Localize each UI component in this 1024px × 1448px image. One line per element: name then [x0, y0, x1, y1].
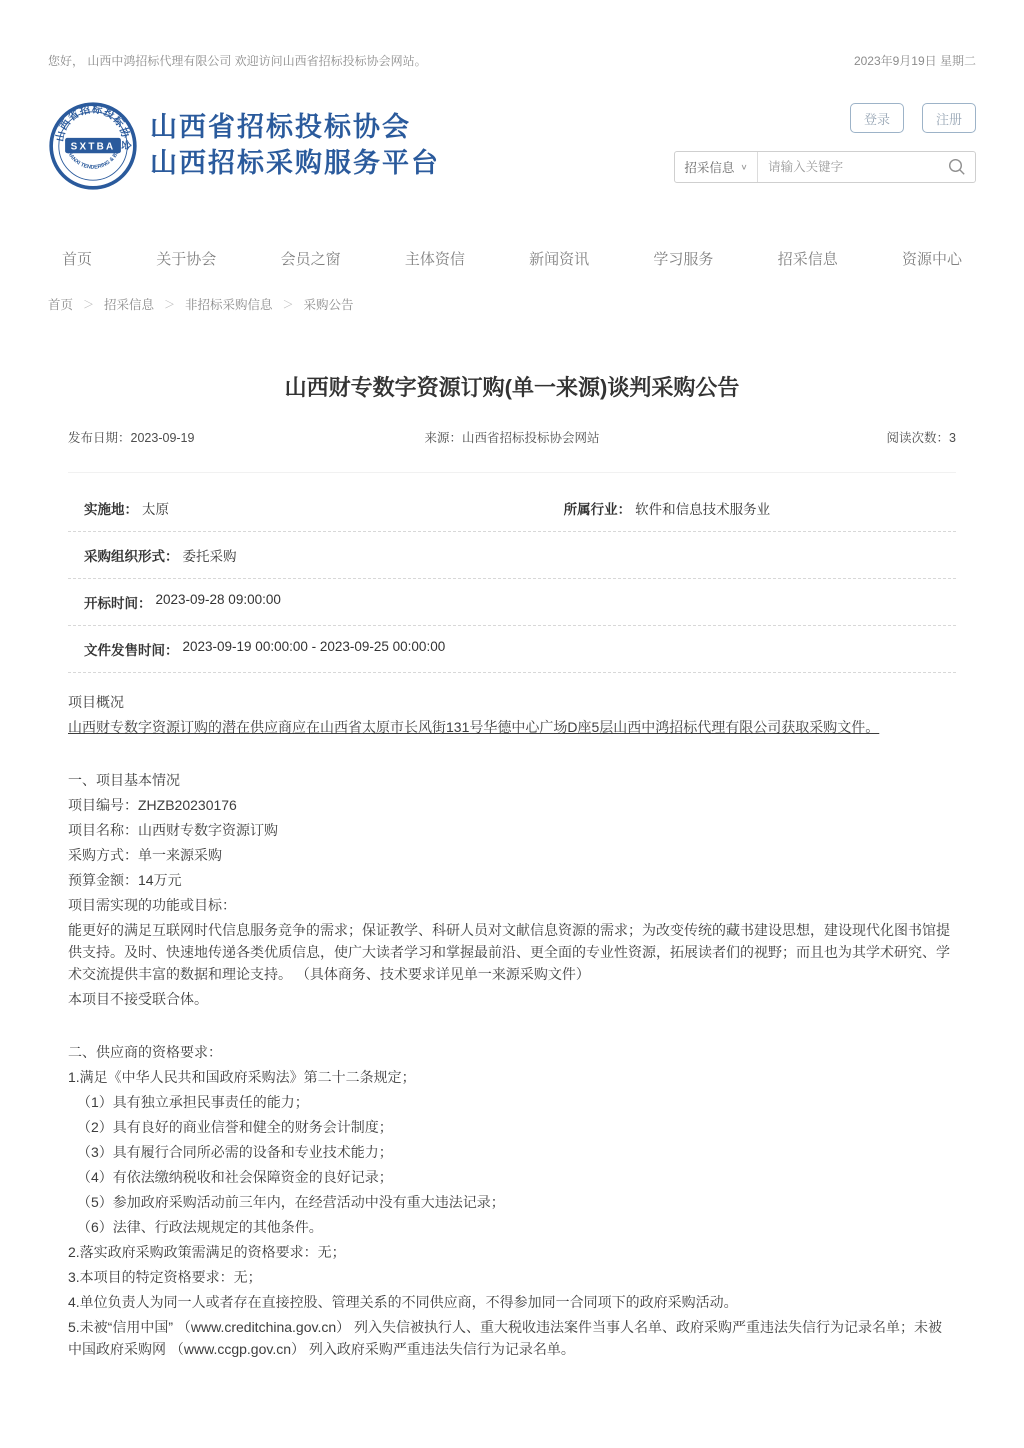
paragraph-req-1-4: （4）有依法缴纳税收和社会保障资金的良好记录； [68, 1166, 956, 1188]
login-button[interactable]: 登录 [850, 103, 904, 133]
breadcrumb-separator-icon: ＞ [83, 296, 94, 312]
paragraph-procurement-method: 采购方式：单一来源采购 [68, 844, 956, 866]
paragraph-req-5: 5.未被“信用中国” （www.creditchina.gov.cn） 列入失信… [68, 1316, 956, 1360]
paragraph-req-1-6: （6）法律、行政法规规定的其他条件。 [68, 1216, 956, 1238]
search-input[interactable] [758, 160, 939, 174]
paragraph-goals-heading: 项目需实现的功能或目标： [68, 894, 956, 916]
breadcrumb-announcement[interactable]: 采购公告 [304, 295, 354, 313]
breadcrumb-separator-icon: ＞ [164, 296, 175, 312]
paragraph-goals-body: 能更好的满足互联网时代信息服务竞争的需求；保证教学、科研人员对文献信息资源的需求… [68, 919, 956, 985]
paragraph-req-1-2: （2）具有良好的商业信誉和健全的财务会计制度； [68, 1116, 956, 1138]
topbar: 您好， 山西中鸿招标代理有限公司 欢迎访问山西省招标投标协会网站。 2023年9… [48, 0, 976, 69]
breadcrumb: 首页 ＞ 招采信息 ＞ 非招标采购信息 ＞ 采购公告 [48, 295, 976, 313]
info-row-location: 实施地： 太原 所属行业： 软件和信息技术服务业 [68, 485, 956, 532]
brand-line-2: 山西招标采购服务平台 [150, 146, 440, 182]
paragraph-req-1-3: （3）具有履行合同所必需的设备和专业技术能力； [68, 1141, 956, 1163]
info-row-open-time: 开标时间： 2023-09-28 09:00:00 [68, 579, 956, 626]
site-header: 山西省招标投标协会 SXTBA SHANXI TENDERING & BIDDI… [48, 101, 976, 209]
article-meta: 发布日期：2023-09-19 来源：山西省招标投标协会网站 阅读次数：3 [68, 428, 956, 446]
paragraph-no-consortium: 本项目不接受联合体。 [68, 988, 956, 1010]
auth-buttons: 登录 注册 [850, 103, 976, 133]
nav-item-procurement-info[interactable]: 招采信息 [778, 248, 838, 269]
paragraph-req-3: 3.本项目的特定资格要求：无； [68, 1266, 956, 1288]
nav-item-home[interactable]: 首页 [62, 248, 92, 269]
current-date: 2023年9月19日 星期二 [854, 52, 976, 69]
info-row-org-form: 采购组织形式： 委托采购 [68, 532, 956, 579]
article-source: 来源：山西省招标投标协会网站 [329, 428, 695, 446]
breadcrumb-separator-icon: ＞ [283, 296, 294, 312]
nav-item-credit[interactable]: 主体资信 [405, 248, 465, 269]
svg-text:SXTBA: SXTBA [71, 142, 116, 153]
paragraph-project-name: 项目名称：山西财专数字资源订购 [68, 819, 956, 841]
welcome-text: 您好， 山西中鸿招标代理有限公司 欢迎访问山西省招标投标协会网站。 [48, 52, 427, 69]
view-count: 阅读次数：3 [695, 428, 956, 446]
nav-item-learning[interactable]: 学习服务 [653, 248, 713, 269]
breadcrumb-procurement-info[interactable]: 招采信息 [104, 295, 154, 313]
article: 山西财专数字资源订购(单一来源)谈判采购公告 发布日期：2023-09-19 来… [48, 371, 976, 1360]
section-1-heading: 一、项目基本情况 [68, 769, 956, 791]
meta-divider [68, 472, 956, 473]
paragraph-budget: 预算金额：14万元 [68, 869, 956, 891]
search-icon [947, 157, 967, 177]
paragraph-req-2: 2.落实政府采购政策需满足的资格要求：无； [68, 1241, 956, 1263]
paragraph-req-1-1: （1）具有独立承担民事责任的能力； [68, 1091, 956, 1113]
paragraph-req-1-5: （5）参加政府采购活动前三年内，在经营活动中没有重大违法记录； [68, 1191, 956, 1213]
search-category-select[interactable]: 招采信息 ∨ [675, 152, 758, 182]
brand-title: 山西省招标投标协会 山西招标采购服务平台 [150, 110, 440, 181]
breadcrumb-nonbid-info[interactable]: 非招标采购信息 [185, 295, 273, 313]
paragraph-overview: 山西财专数字资源订购的潜在供应商应在山西省太原市长风街131号华德中心广场D座5… [68, 716, 956, 738]
publish-date: 发布日期：2023-09-19 [68, 428, 329, 446]
nav-item-news[interactable]: 新闻资讯 [529, 248, 589, 269]
info-table: 实施地： 太原 所属行业： 软件和信息技术服务业 采购组织形式： 委托采购 开标… [68, 485, 956, 673]
article-body: 项目概况 山西财专数字资源订购的潜在供应商应在山西省太原市长风街131号华德中心… [68, 691, 956, 1360]
association-seal-icon: 山西省招标投标协会 SXTBA SHANXI TENDERING & BIDDI… [48, 101, 138, 191]
breadcrumb-home[interactable]: 首页 [48, 295, 73, 313]
paragraph-overview-heading: 项目概况 [68, 691, 956, 713]
paragraph-project-number: 项目编号：ZHZB20230176 [68, 794, 956, 816]
paragraph-req-4: 4.单位负责人为同一人或者存在直接控股、管理关系的不同供应商，不得参加同一合同项… [68, 1291, 956, 1313]
nav-item-members[interactable]: 会员之窗 [281, 248, 341, 269]
brand-line-1: 山西省招标投标协会 [150, 110, 440, 146]
search-category-label: 招采信息 [684, 158, 734, 176]
main-nav: 首页 关于协会 会员之窗 主体资信 新闻资讯 学习服务 招采信息 资源中心 [48, 239, 976, 277]
nav-item-about[interactable]: 关于协会 [156, 248, 216, 269]
search-submit-button[interactable] [939, 152, 975, 182]
section-2-heading: 二、供应商的资格要求： [68, 1041, 956, 1063]
paragraph-req-1: 1.满足《中华人民共和国政府采购法》第二十二条规定； [68, 1066, 956, 1088]
page-title: 山西财专数字资源订购(单一来源)谈判采购公告 [68, 371, 956, 402]
info-row-doc-sale-time: 文件发售时间： 2023-09-19 00:00:00 - 2023-09-25… [68, 626, 956, 673]
chevron-down-icon: ∨ [740, 163, 747, 172]
search-bar: 招采信息 ∨ [674, 151, 976, 183]
register-button[interactable]: 注册 [922, 103, 976, 133]
nav-item-resources[interactable]: 资源中心 [902, 248, 962, 269]
